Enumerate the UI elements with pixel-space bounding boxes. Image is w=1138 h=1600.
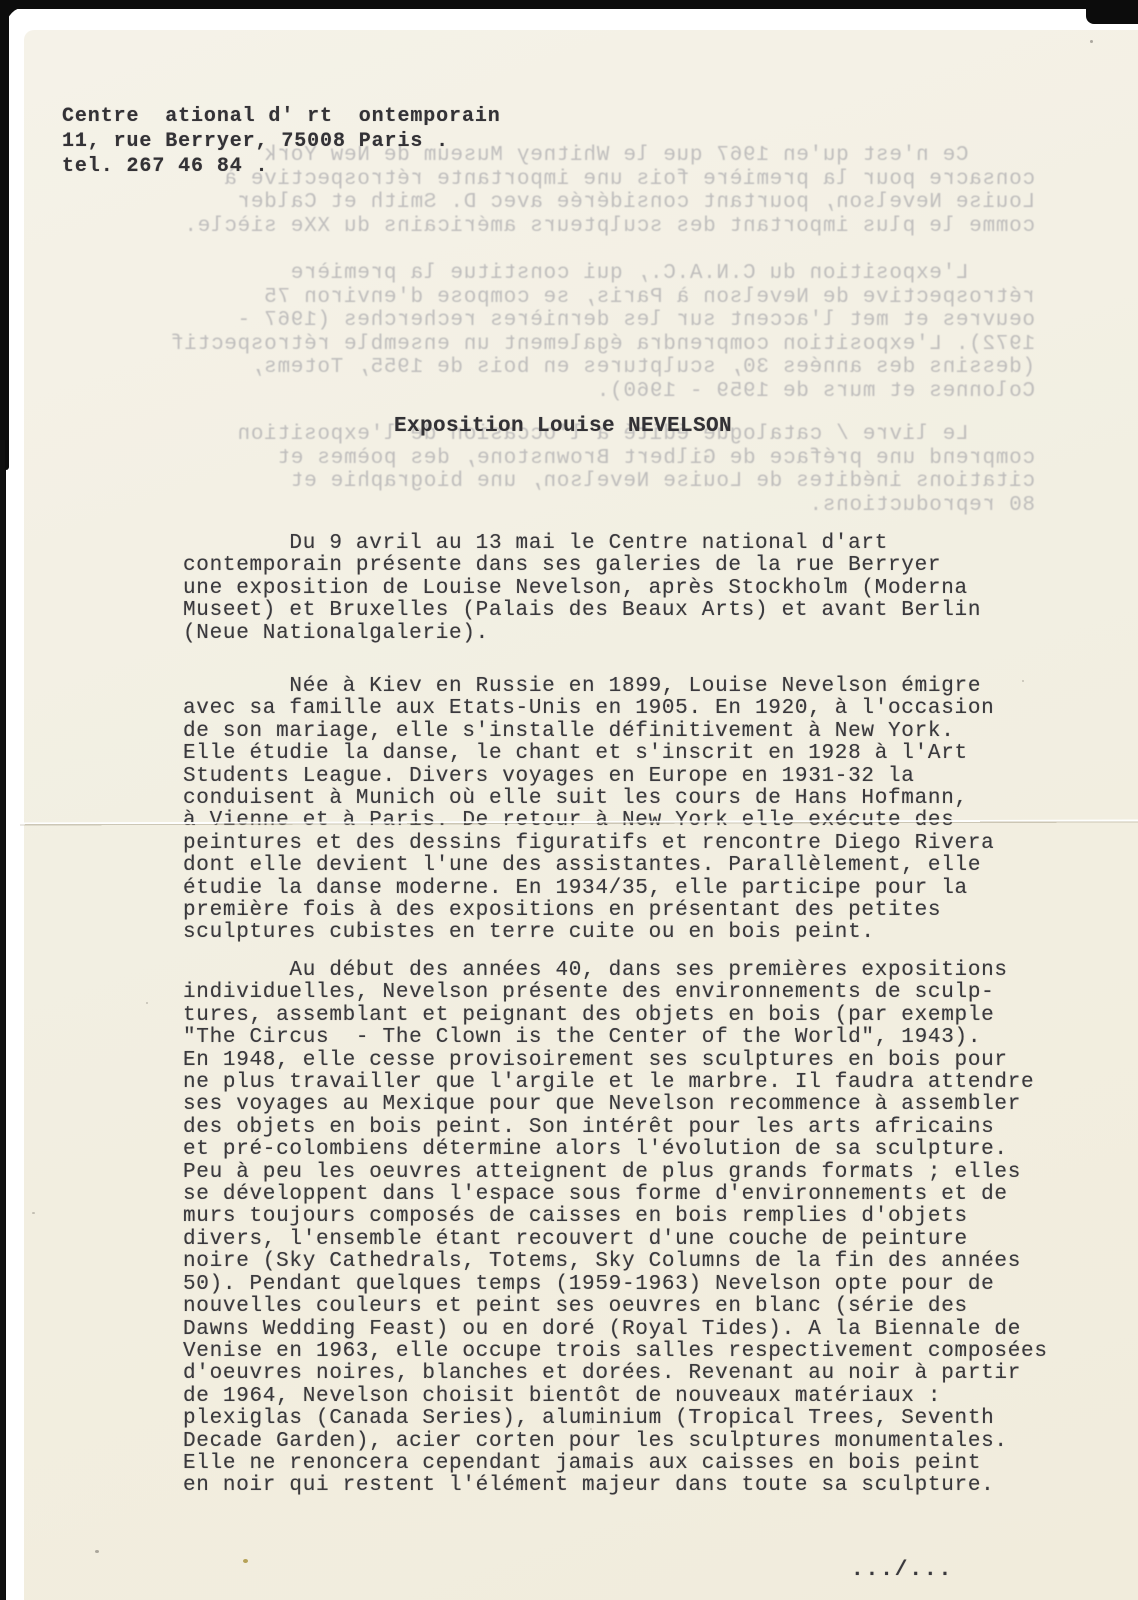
paragraph-3: Au début des années 40, dans ses premièr… bbox=[183, 960, 1048, 1498]
letterhead: Centre ational d' rt ontemporain 11, rue… bbox=[62, 104, 501, 179]
paper-speck bbox=[146, 1002, 148, 1004]
paper-speck bbox=[95, 1550, 99, 1553]
org-name: Centre ational d' rt ontemporain bbox=[62, 105, 501, 128]
scanned-document: Ce n'est qu'en 1967 que le Whitney Museu… bbox=[0, 0, 1138, 1600]
page-continuation-marker: .../... bbox=[851, 1560, 953, 1582]
bleedthrough-text-block-2: L'exposition du C.N.A.C., qui constitue … bbox=[145, 262, 1035, 404]
org-phone: tel. 267 46 84 . bbox=[62, 155, 268, 178]
document-title: Exposition Louise NEVELSON bbox=[394, 416, 732, 438]
scan-edge-top-right bbox=[1086, 0, 1138, 24]
org-address: 11, rue Berryer, 75008 Paris . bbox=[62, 130, 449, 153]
paper-speck bbox=[32, 1212, 35, 1214]
paragraph-1: Du 9 avril au 13 mai le Centre national … bbox=[183, 533, 981, 645]
paper-speck bbox=[590, 1428, 592, 1430]
paper-speck bbox=[1022, 680, 1024, 682]
page-content: Ce n'est qu'en 1967 que le Whitney Museu… bbox=[0, 0, 1138, 1600]
scan-edge-top bbox=[0, 0, 1138, 9]
paper-speck bbox=[868, 962, 870, 964]
paper-speck bbox=[1090, 40, 1093, 43]
paper-speck bbox=[243, 1559, 248, 1563]
paper-speck bbox=[500, 1190, 502, 1192]
scan-edge-left bbox=[0, 0, 9, 470]
scan-edge-left-lower bbox=[0, 440, 5, 1600]
paragraph-2: Née à Kiev en Russie en 1899, Louise Nev… bbox=[183, 676, 994, 945]
